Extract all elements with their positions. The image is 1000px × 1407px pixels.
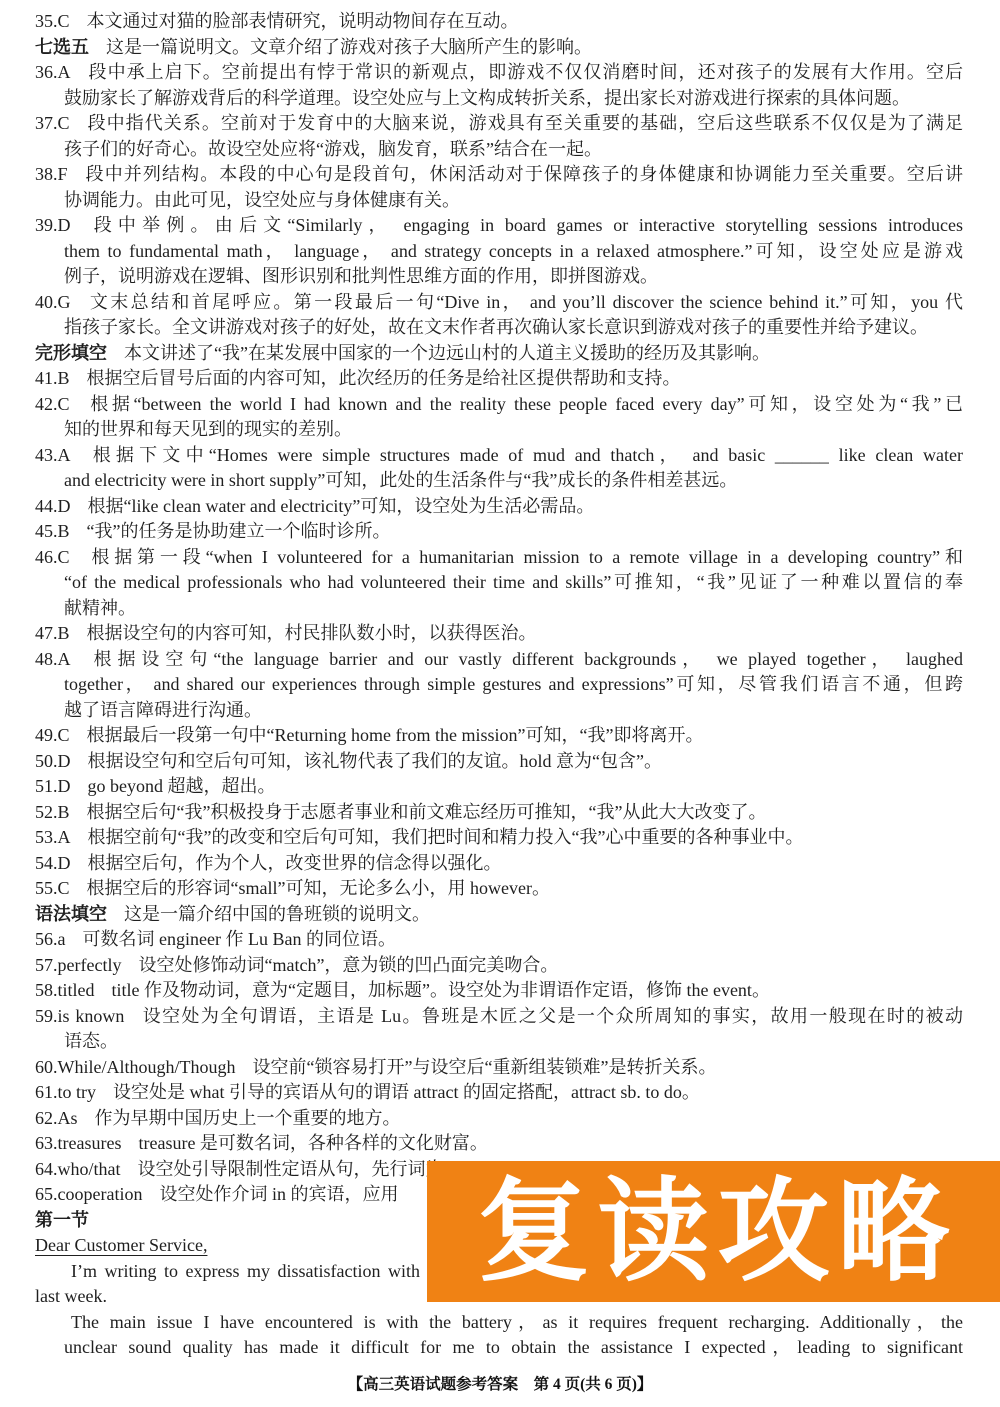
answer-label: 38.F [35, 164, 68, 184]
answer-label: 42.C [35, 394, 70, 414]
text-line: The main issue I have encountered is wit… [35, 1310, 963, 1336]
text-line: 43.A根据下文中“Homes were simple structures m… [35, 443, 963, 469]
text-line: 39.D段中举例。由后文“Similarly， engaging in boar… [35, 213, 963, 239]
text-line: 63.treasurestreasure 是可数名词，各种各样的文化财富。 [35, 1131, 963, 1157]
text-line: unclear sound quality has made it diffic… [35, 1335, 963, 1361]
text-line: 46.C根据第一段“when I volunteered for a human… [35, 545, 963, 571]
answer-label: 54.D [35, 853, 71, 873]
text-line: 55.C根据空后的形容词“small”可知，无论多么小，用 however。 [35, 876, 963, 902]
text-line: 36.A段中承上启下。空前提出有悖于常识的新观点，即游戏不仅仅消磨时间，还对孩子… [35, 60, 963, 86]
text-line: 59.is known设空处为全句谓语，主语是 Lu。鲁班是木匠之父是一个众所周… [35, 1004, 963, 1030]
answer-label: 63.treasures [35, 1133, 121, 1153]
answer-label: 59.is known [35, 1006, 124, 1026]
answer-label: 58.titled [35, 980, 95, 1000]
text-line: 50.D根据设空句和空后句可知，该礼物代表了我们的友谊。hold 意为“包含”。 [35, 749, 963, 775]
text-line: 62.As作为早期中国历史上一个重要的地方。 [35, 1106, 963, 1132]
text-line: 献精神。 [35, 596, 963, 622]
text-line: 48.A根据设空句“the language barrier and our v… [35, 647, 963, 673]
answer-label: 65.cooperation [35, 1184, 142, 1204]
answer-label: 40.G [35, 292, 71, 312]
text-line: 44.D根据“like clean water and electricity”… [35, 494, 963, 520]
watermark-text: 复读攻略 [470, 1176, 958, 1288]
answer-label: 53.A [35, 827, 71, 847]
answer-label: 50.D [35, 751, 71, 771]
text-line: 鼓励家长了解游戏背后的科学道理。设空处应与上文构成转折关系，提出家长对游戏进行探… [35, 86, 963, 112]
section-row: 完形填空本文讲述了“我”在某发展中国家的一个边远山村的人道主义援助的经历及其影响… [35, 341, 963, 367]
answer-label: 60.While/Although/Though [35, 1057, 235, 1077]
text-line: 47.B根据设空句的内容可知，村民排队数小时，以获得医治。 [35, 621, 963, 647]
section-row: 七选五这是一篇说明文。文章介绍了游戏对孩子大脑所产生的影响。 [35, 35, 963, 61]
answer-label: 45.B [35, 521, 70, 541]
answer-key-content: 35.C本文通过对猫的脸部表情研究，说明动物间存在互动。七选五这是一篇说明文。文… [35, 9, 963, 1361]
answer-label: 37.C [35, 113, 70, 133]
answer-label: 43.A [35, 445, 71, 465]
answer-label: 49.C [35, 725, 70, 745]
section-label: 语法填空 [35, 904, 107, 924]
section-row: 语法填空这是一篇介绍中国的鲁班锁的说明文。 [35, 902, 963, 928]
underlined-text: Dear Customer Service, [35, 1235, 207, 1255]
text-line: 49.C根据最后一段第一句中“Returning home from the m… [35, 723, 963, 749]
text-line: 54.D根据空后句，作为个人，改变世界的信念得以强化。 [35, 851, 963, 877]
answer-label: 64.who/that [35, 1159, 121, 1179]
text-line: 指孩子家长。全文讲游戏对孩子的好处，故在文末作者再次确认家长意识到游戏对孩子的重… [35, 315, 963, 341]
text-line: 孩子们的好奇心。故设空处应将“游戏，脑发育，联系”结合在一起。 [35, 137, 963, 163]
text-line: “of the medical professionals who had vo… [35, 570, 963, 596]
text-line: 37.C段中指代关系。空前对于发育中的大脑来说，游戏具有至关重要的基础，空后这些… [35, 111, 963, 137]
answer-label: 55.C [35, 878, 70, 898]
answer-label: 57.perfectly [35, 955, 121, 975]
text-line: 51.Dgo beyond 超越，超出。 [35, 774, 963, 800]
answer-label: 51.D [35, 776, 71, 796]
answer-label: 56.a [35, 929, 66, 949]
text-line: 52.B根据空后句“我”积极投身于志愿者事业和前文难忘经历可推知，“我”从此大大… [35, 800, 963, 826]
answer-label: 39.D [35, 215, 71, 235]
text-line: 60.While/Although/Though设空前“锁容易打开”与设空后“重… [35, 1055, 963, 1081]
text-line: 越了语言障碍进行沟通。 [35, 698, 963, 724]
section-label: 完形填空 [35, 343, 107, 363]
page-footer: 【高三英语试题参考答案 第 4 页(共 6 页)】 [0, 1372, 1000, 1394]
answer-label: 36.A [35, 62, 71, 82]
watermark-banner: 复读攻略 [427, 1161, 1000, 1302]
text-line: 38.F段中并列结构。本段的中心句是段首句，休闲活动对于保障孩子的身体健康和协调… [35, 162, 963, 188]
answer-label: 46.C [35, 547, 70, 567]
text-line: 知的世界和每天见到的现实的差别。 [35, 417, 963, 443]
text-line: 61.to try设空处是 what 引导的宾语从句的谓语 attract 的固… [35, 1080, 963, 1106]
section-label: 七选五 [35, 37, 89, 57]
text-line: 45.B“我”的任务是协助建立一个临时诊所。 [35, 519, 963, 545]
answer-label: 48.A [35, 649, 71, 669]
text-line: 57.perfectly设空处修饰动词“match”，意为锁的凹凸面完美吻合。 [35, 953, 963, 979]
text-line: together， and shared our experiences thr… [35, 672, 963, 698]
answer-label: 44.D [35, 496, 71, 516]
text-line: 40.G文末总结和首尾呼应。第一段最后一句“Dive in， and you’l… [35, 290, 963, 316]
answer-label: 61.to try [35, 1082, 96, 1102]
answer-label: 62.As [35, 1108, 78, 1128]
text-line: 35.C本文通过对猫的脸部表情研究，说明动物间存在互动。 [35, 9, 963, 35]
text-line: them to fundamental math， language， and … [35, 239, 963, 265]
text-line: and electricity were in short supply”可知，… [35, 468, 963, 494]
text-line: 例子，说明游戏在逻辑、图形识别和批判性思维方面的作用，即拼图游戏。 [35, 264, 963, 290]
text-line: 56.a可数名词 engineer 作 Lu Ban 的同位语。 [35, 927, 963, 953]
text-line: 42.C根据“between the world I had known and… [35, 392, 963, 418]
text-line: 41.B根据空后冒号后面的内容可知，此次经历的任务是给社区提供帮助和支持。 [35, 366, 963, 392]
answer-label: 52.B [35, 802, 70, 822]
text-line: 语态。 [35, 1029, 963, 1055]
text-line: 协调能力。由此可见，设空处应与身体健康有关。 [35, 188, 963, 214]
answer-label: 41.B [35, 368, 70, 388]
text-line: 58.titledtitle 作及物动词，意为“定题目，加标题”。设空处为非谓语… [35, 978, 963, 1004]
answer-label: 47.B [35, 623, 70, 643]
answer-label: 35.C [35, 11, 70, 31]
text-line: 53.A根据空前句“我”的改变和空后句可知，我们把时间和精力投入“我”心中重要的… [35, 825, 963, 851]
section-label: 第一节 [35, 1210, 89, 1230]
document-page: 35.C本文通过对猫的脸部表情研究，说明动物间存在互动。七选五这是一篇说明文。文… [0, 0, 1000, 1407]
